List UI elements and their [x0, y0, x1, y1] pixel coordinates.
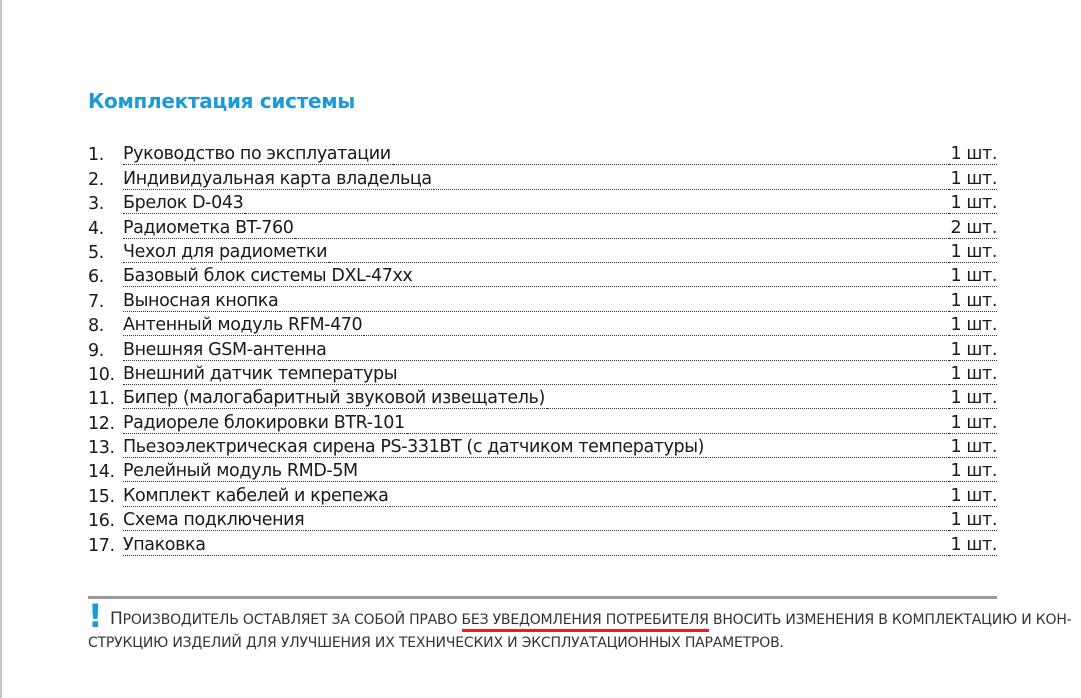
item-label: Индивидуальная карта владельца	[123, 169, 434, 190]
item-number: 4.	[88, 219, 123, 239]
item-quantity: 1 шт.	[949, 169, 997, 190]
item-number: 9.	[88, 341, 123, 361]
notice-line-1: ПРОИЗВОДИТЕЛЬ ОСТАВЛЯЕТ ЗА СОБОЙ ПРАВО Б…	[110, 607, 1072, 632]
list-item: 13.Пьезоэлектрическая сирена PS-331BT (с…	[88, 434, 997, 458]
item-label: Упаковка	[123, 535, 208, 556]
item-quantity: 1 шт.	[949, 510, 997, 531]
item-label: Антенный модуль RFM-470	[123, 315, 364, 336]
section-title: Комплектация системы	[88, 89, 355, 113]
item-number: 10.	[88, 365, 123, 385]
list-item: 1.Руководство по эксплуатации1 шт.	[88, 141, 997, 165]
list-item: 11.Бипер (малогабаритный звуковой извеща…	[88, 385, 997, 409]
list-item: 16.Схема подключения1 шт.	[88, 507, 997, 531]
item-quantity: 1 шт.	[949, 486, 997, 507]
item-quantity: 1 шт.	[949, 461, 997, 482]
item-number: 11.	[88, 389, 123, 409]
item-label: Руководство по эксплуатации	[123, 144, 393, 165]
item-number: 14.	[88, 462, 123, 482]
item-number: 12.	[88, 414, 123, 434]
item-quantity: 1 шт.	[949, 388, 997, 409]
item-label: Внешний датчик температуры	[123, 364, 399, 385]
item-number: 6.	[88, 267, 123, 287]
item-label: Бипер (малогабаритный звуковой извещател…	[123, 388, 547, 409]
page-edge	[0, 0, 2, 698]
list-item: 17.Упаковка1 шт.	[88, 531, 997, 555]
item-quantity: 1 шт.	[949, 144, 997, 165]
dot-leader	[208, 554, 949, 556]
list-item: 2.Индивидуальная карта владельца1 шт.	[88, 165, 997, 189]
list-item: 10.Внешний датчик температуры1 шт.	[88, 361, 997, 385]
contents-list: 1.Руководство по эксплуатации1 шт.2.Инди…	[88, 141, 997, 556]
item-number: 8.	[88, 316, 123, 336]
item-number: 15.	[88, 487, 123, 507]
item-number: 13.	[88, 438, 123, 458]
list-item: 8.Антенный модуль RFM-4701 шт.	[88, 312, 997, 336]
list-item: 4.Радиометка BT-7602 шт.	[88, 214, 997, 238]
item-quantity: 1 шт.	[949, 242, 997, 263]
item-number: 1.	[88, 145, 123, 165]
notice-first-letter: П	[110, 609, 123, 629]
list-item: 9.Внешняя GSM-антенна1 шт.	[88, 336, 997, 360]
item-number: 16.	[88, 511, 123, 531]
item-quantity: 1 шт.	[949, 266, 997, 287]
item-number: 2.	[88, 170, 123, 190]
item-quantity: 1 шт.	[949, 535, 997, 556]
list-item: 15.Комплект кабелей и крепежа1 шт.	[88, 482, 997, 506]
list-item: 3.Брелок D-0431 шт.	[88, 190, 997, 214]
item-number: 17.	[88, 536, 123, 556]
notice-highlight: БЕЗ УВЕДОМЛЕНИЯ ПОТРЕБИТЕЛЯ	[462, 612, 709, 632]
notice-text: РОИЗВОДИТЕЛЬ ОСТАВЛЯЕТ ЗА СОБОЙ ПРАВО	[123, 612, 462, 628]
item-quantity: 1 шт.	[949, 437, 997, 458]
list-item: 7.Выносная кнопка1 шт.	[88, 287, 997, 311]
item-quantity: 1 шт.	[949, 413, 997, 434]
list-item: 12.Радиореле блокировки BTR-1011 шт.	[88, 409, 997, 433]
item-label: Базовый блок системы DXL-47xx	[123, 266, 414, 287]
item-label: Релейный модуль RMD-5M	[123, 461, 360, 482]
item-label: Внешняя GSM-антенна	[123, 340, 329, 361]
item-label: Брелок D-043	[123, 193, 245, 214]
item-quantity: 1 шт.	[949, 315, 997, 336]
list-item: 6.Базовый блок системы DXL-47xx1 шт.	[88, 263, 997, 287]
item-quantity: 1 шт.	[949, 340, 997, 361]
item-label: Комплект кабелей и крепежа	[123, 486, 390, 507]
item-number: 3.	[88, 194, 123, 214]
item-label: Пьезоэлектрическая сирена PS-331BT (с да…	[123, 437, 706, 458]
list-item: 14.Релейный модуль RMD-5M1 шт.	[88, 458, 997, 482]
item-label: Радиореле блокировки BTR-101	[123, 413, 407, 434]
item-label: Выносная кнопка	[123, 291, 280, 312]
notice-line-2: СТРУКЦИЮ ИЗДЕЛИЙ ДЛЯ УЛУЧШЕНИЯ ИХ ТЕХНИЧ…	[88, 631, 784, 655]
item-quantity: 1 шт.	[949, 291, 997, 312]
list-item: 5.Чехол для радиометки1 шт.	[88, 239, 997, 263]
item-quantity: 2 шт.	[949, 218, 997, 239]
separator-line	[88, 596, 997, 599]
item-label: Радиометка BT-760	[123, 218, 295, 239]
item-number: 7.	[88, 292, 123, 312]
item-label: Схема подключения	[123, 510, 306, 531]
item-number: 5.	[88, 243, 123, 263]
item-quantity: 1 шт.	[949, 364, 997, 385]
exclamation-icon: !	[88, 601, 102, 631]
item-quantity: 1 шт.	[949, 193, 997, 214]
notice-text: ВНОСИТЬ ИЗМЕНЕНИЯ В КОМПЛЕКТАЦИЮ И КОН-	[709, 612, 1072, 628]
item-label: Чехол для радиометки	[123, 242, 329, 263]
